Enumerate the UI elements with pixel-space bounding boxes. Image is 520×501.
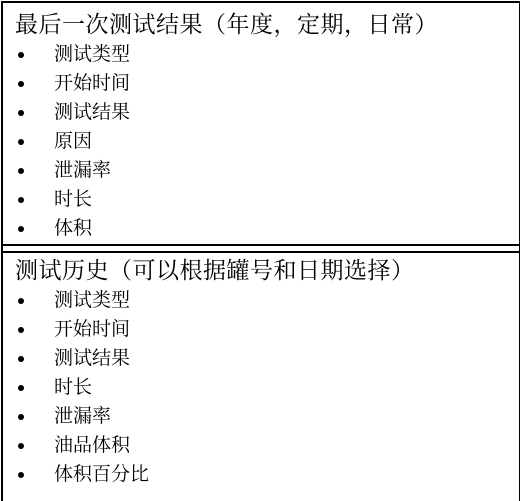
list-item-label: 时长 (54, 185, 92, 214)
list-item: 测试类型 (13, 286, 519, 315)
list-item: 时长 (13, 373, 519, 402)
list-item-label: 泄漏率 (54, 402, 111, 431)
field-list: 测试类型 开始时间 测试结果 原因 泄漏率 时长 体积 (13, 40, 519, 243)
list-item: 时长 (13, 185, 519, 214)
requirements-table: 最后一次测试结果（年度，定期，日常） 测试类型 开始时间 测试结果 原因 泄漏率… (1, 1, 520, 496)
list-item-label: 体积百分比 (54, 460, 149, 489)
list-item-label: 时长 (54, 373, 92, 402)
list-item-label: 测试结果 (54, 344, 130, 373)
list-item-label: 测试类型 (54, 40, 130, 69)
list-item: 测试结果 (13, 344, 519, 373)
section-heading: 最后一次测试结果（年度，定期，日常） (15, 10, 519, 40)
bullet-dot-icon (18, 139, 24, 145)
bullet-dot-icon (18, 52, 24, 58)
list-item: 原因 (13, 127, 519, 156)
list-item-label: 原因 (54, 127, 92, 156)
list-item: 体积百分比 (13, 460, 519, 489)
bullet-dot-icon (18, 81, 24, 87)
field-list: 测试类型 开始时间 测试结果 时长 泄漏率 油品体积 体积百分比 (13, 286, 519, 489)
bullet-dot-icon (18, 385, 24, 391)
bullet-dot-icon (18, 168, 24, 174)
list-item-label: 体积 (54, 214, 92, 243)
bullet-dot-icon (18, 443, 24, 449)
list-item: 开始时间 (13, 69, 519, 98)
bullet-dot-icon (18, 226, 24, 232)
section-heading: 测试历史（可以根据罐号和日期选择） (15, 256, 519, 286)
list-item: 油品体积 (13, 431, 519, 460)
section-last-test-result: 最后一次测试结果（年度，定期，日常） 测试类型 开始时间 测试结果 原因 泄漏率… (3, 3, 519, 246)
bullet-dot-icon (18, 356, 24, 362)
bullet-dot-icon (18, 298, 24, 304)
list-item-label: 开始时间 (54, 315, 130, 344)
section-test-history: 测试历史（可以根据罐号和日期选择） 测试类型 开始时间 测试结果 时长 泄漏率 … (3, 253, 519, 496)
bullet-dot-icon (18, 197, 24, 203)
list-item-label: 泄漏率 (54, 156, 111, 185)
list-item: 泄漏率 (13, 402, 519, 431)
list-item-label: 测试类型 (54, 286, 130, 315)
bullet-dot-icon (18, 110, 24, 116)
bullet-dot-icon (18, 327, 24, 333)
list-item: 测试类型 (13, 40, 519, 69)
list-item: 体积 (13, 214, 519, 243)
list-item-label: 测试结果 (54, 98, 130, 127)
bullet-dot-icon (18, 414, 24, 420)
list-item: 泄漏率 (13, 156, 519, 185)
list-item: 开始时间 (13, 315, 519, 344)
double-border-divider (3, 246, 519, 253)
list-item: 测试结果 (13, 98, 519, 127)
list-item-label: 开始时间 (54, 69, 130, 98)
list-item-label: 油品体积 (54, 431, 130, 460)
bullet-dot-icon (18, 472, 24, 478)
